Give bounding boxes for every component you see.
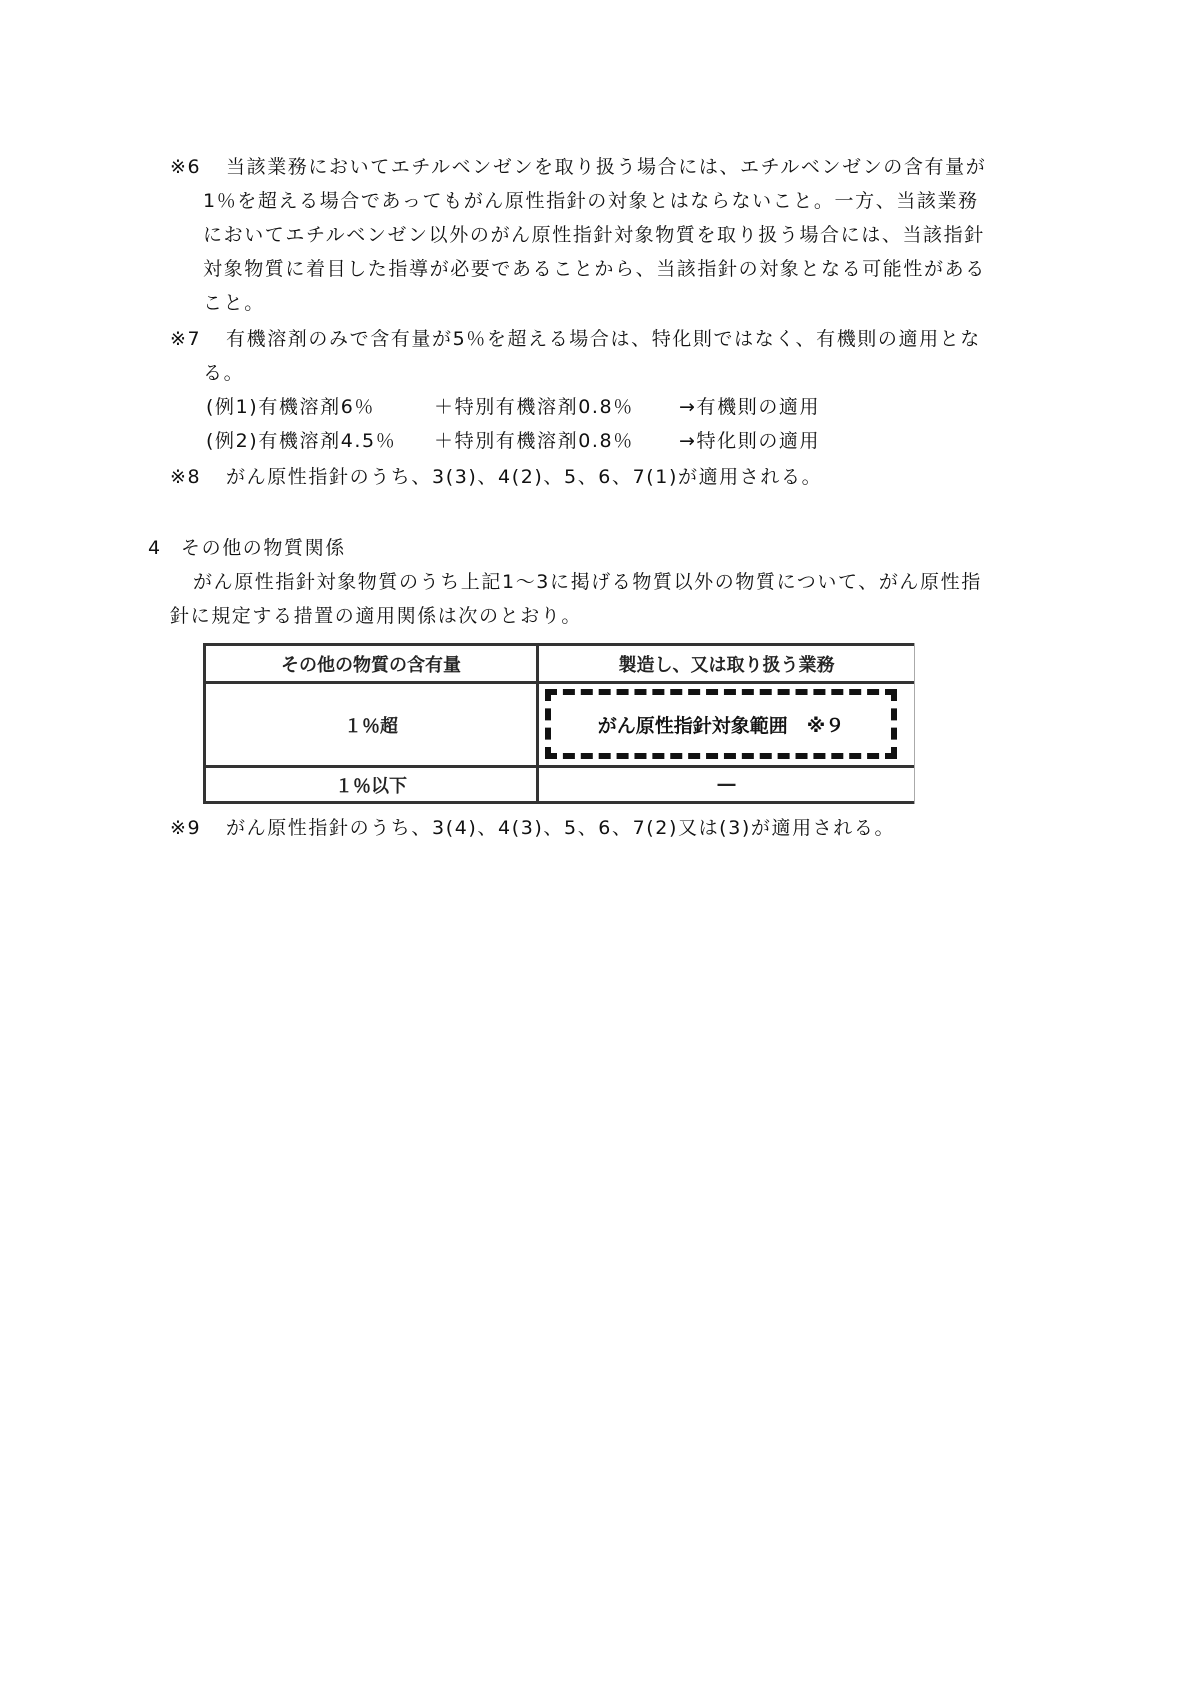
section-number: 4 <box>148 536 181 560</box>
table-row-1-work: がん原性指針対象範囲 ※９ <box>598 711 844 738</box>
example-2-plus: ＋特別有機溶剤0.8％ <box>434 429 679 453</box>
table-row-1-content: １％超 <box>206 684 536 765</box>
note-6-mark: ※6 <box>170 155 226 179</box>
note-6-line-5: こと。 <box>203 291 265 315</box>
note-text: がん原性指針のうち、3(4)、4(3)、5、6、7(2)又は(3)が適用される。 <box>226 817 895 839</box>
table-header-content: その他の物質の含有量 <box>206 646 536 681</box>
example-2-label: (例2)有機溶剤4.5％ <box>206 429 434 453</box>
example-2-result: →特化則の適用 <box>679 430 820 452</box>
note-7-line-1: ※7有機溶剤のみで含有量が5％を超える場合は、特化則ではなく、有機則の適用とな <box>170 327 981 351</box>
note-8: ※8がん原性指針のうち、3(3)、4(2)、5、6、7(1)が適用される。 <box>170 465 822 489</box>
example-1-result: →有機則の適用 <box>679 396 820 418</box>
note-9: ※9がん原性指針のうち、3(4)、4(3)、5、6、7(2)又は(3)が適用され… <box>170 816 895 840</box>
table-border <box>203 801 915 804</box>
note-6-line-2: 1％を超える場合であってもがん原性指針の対象とはならないこと。一方、当該業務 <box>203 189 979 213</box>
example-1-plus: ＋特別有機溶剤0.8％ <box>434 395 679 419</box>
note-text: 当該業務においてエチルベンゼンを取り扱う場合には、エチルベンゼンの含有量が <box>226 156 986 178</box>
note-6-line-3: においてエチルベンゼン以外のがん原性指針対象物質を取り扱う場合には、当該指針 <box>203 223 985 247</box>
table-border <box>914 643 915 804</box>
example-1: (例1)有機溶剤6％＋特別有機溶剤0.8％→有機則の適用 <box>206 395 820 419</box>
note-6-line-4: 対象物質に着目した指導が必要であることから、当該指針の対象となる可能性がある <box>203 257 986 281</box>
example-2: (例2)有機溶剤4.5％＋特別有機溶剤0.8％→特化則の適用 <box>206 429 820 453</box>
section-4-body-line-1: がん原性指針対象物質のうち上記1～3に掲げる物質以外の物質について、がん原性指 <box>193 570 982 594</box>
note-8-mark: ※8 <box>170 465 226 489</box>
table-header-work: 製造し、又は取り扱う業務 <box>539 646 914 681</box>
note-9-mark: ※9 <box>170 816 226 840</box>
table-row-2-content: １％以下 <box>206 768 536 801</box>
note-7-mark: ※7 <box>170 327 226 351</box>
section-4-body-line-2: 針に規定する措置の適用関係は次のとおり。 <box>170 604 582 628</box>
example-1-label: (例1)有機溶剤6％ <box>206 395 434 419</box>
note-7-line-2: る。 <box>203 361 244 385</box>
section-4-heading: 4その他の物質関係 <box>148 536 346 560</box>
note-6-line-1: ※6当該業務においてエチルベンゼンを取り扱う場合には、エチルベンゼンの含有量が <box>170 155 986 179</box>
section-title: その他の物質関係 <box>181 537 346 559</box>
note-text: がん原性指針のうち、3(3)、4(2)、5、6、7(1)が適用される。 <box>226 466 822 488</box>
note-text: 有機溶剤のみで含有量が5％を超える場合は、特化則ではなく、有機則の適用とな <box>226 328 981 350</box>
table-row-1-work-dashed-box: がん原性指針対象範囲 ※９ <box>545 689 897 759</box>
table-row-2-work: ― <box>539 768 914 801</box>
